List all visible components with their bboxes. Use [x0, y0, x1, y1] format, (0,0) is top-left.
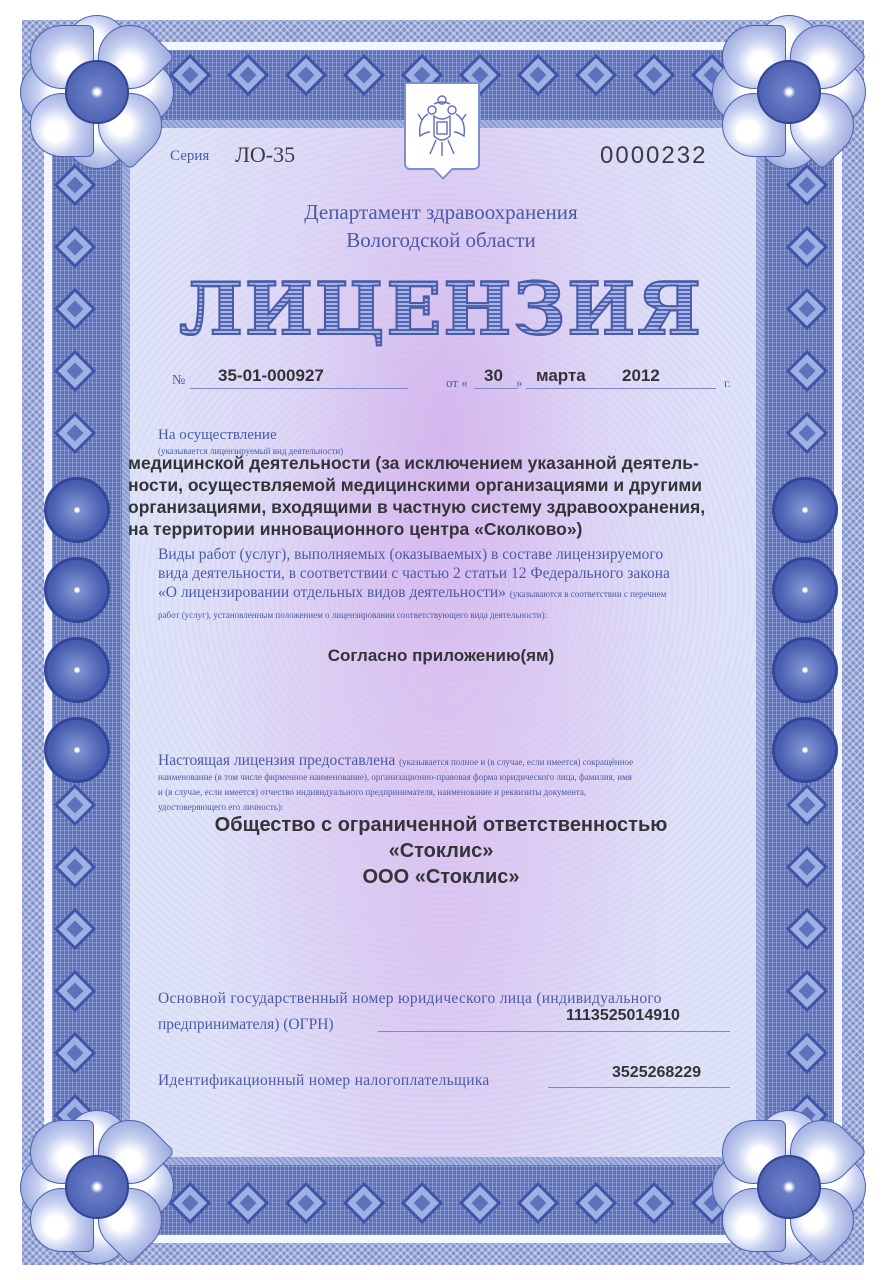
- granted-hint: и (в случае, если имеется) отчество инди…: [158, 785, 728, 800]
- granted-hint: (указывается полное и (в случае, если им…: [399, 757, 633, 767]
- acanthus-corner-rosette-icon: [20, 15, 170, 165]
- double-headed-eagle-icon: [414, 90, 470, 164]
- activity-line: ности, осуществляемой медицинскими орган…: [128, 474, 768, 496]
- ogrn-underline: [378, 1031, 730, 1032]
- activity-text: медицинской деятельности (за исключением…: [128, 452, 768, 540]
- medallion-ornament-icon: [772, 717, 838, 783]
- rosette-core-icon: [757, 1155, 821, 1219]
- ogrn-label-line1: Основной государственный номер юридическ…: [158, 990, 662, 1008]
- acanthus-corner-rosette-icon: [712, 15, 862, 165]
- works-line: вида деятельности, в соответствии с част…: [158, 564, 670, 583]
- activity-line: на территории инновационного центра «Ско…: [128, 518, 768, 540]
- issuer-line-1: Департамент здравоохранения: [0, 200, 882, 225]
- grantee-name: Общество с ограниченной ответственностью…: [0, 812, 882, 890]
- granted-hint: наименование (в том числе фирменное наим…: [158, 770, 728, 785]
- works-label: Виды работ (услуг), выполняемых (оказыва…: [158, 545, 670, 625]
- rosette-core-icon: [65, 1155, 129, 1219]
- works-hint: (указываются в соответствии с перечнем: [510, 589, 666, 599]
- acanthus-corner-rosette-icon: [20, 1110, 170, 1260]
- works-line: «О лицензировании отдельных видов деятел…: [158, 584, 506, 601]
- works-value: Согласно приложению(ям): [0, 646, 882, 666]
- date-day: 30: [484, 366, 503, 386]
- activity-label: На осуществление: [158, 427, 277, 444]
- month-underline: [526, 388, 666, 389]
- series-label: Серия: [170, 148, 209, 165]
- issuer-line-2: Вологодской области: [0, 228, 882, 253]
- date-suffix: г.: [724, 376, 731, 391]
- rosette-core-icon: [65, 60, 129, 124]
- granted-label: Настоящая лицензия предоставлена: [158, 752, 395, 769]
- activity-line: медицинской деятельности (за исключением…: [128, 452, 768, 474]
- license-number: 35-01-000927: [218, 366, 324, 386]
- inn-value: 3525268229: [612, 1064, 701, 1082]
- inn-label: Идентификационный номер налогоплательщик…: [158, 1072, 490, 1090]
- grantee-short-name: ООО «Стоклис»: [0, 864, 882, 890]
- medallion-ornament-icon: [772, 557, 838, 623]
- rosette-core-icon: [757, 60, 821, 124]
- medallion-ornament-icon: [44, 557, 110, 623]
- number-prefix: №: [172, 373, 185, 389]
- medallion-ornament-icon: [44, 477, 110, 543]
- number-underline: [190, 388, 408, 389]
- day-underline: [474, 388, 518, 389]
- grantee-brand: «Стоклис»: [0, 838, 882, 864]
- acanthus-corner-rosette-icon: [712, 1110, 862, 1260]
- date-sep: »: [516, 375, 523, 391]
- granted-label-block: Настоящая лицензия предоставлена (указыв…: [158, 752, 728, 815]
- medallion-ornament-icon: [772, 477, 838, 543]
- medallion-ornament-icon: [44, 717, 110, 783]
- works-line: Виды работ (услуг), выполняемых (оказыва…: [158, 545, 670, 564]
- date-prefix: от «: [446, 375, 468, 391]
- coat-of-arms-shield: [404, 82, 480, 170]
- grantee-full-name: Общество с ограниченной ответственностью: [0, 812, 882, 838]
- activity-line: организациями, входящими в частную систе…: [128, 496, 768, 518]
- inn-underline: [548, 1087, 730, 1088]
- year-underline: [666, 388, 716, 389]
- date-month: марта: [536, 366, 586, 386]
- works-hint: работ (услуг), установленным положением …: [158, 606, 670, 625]
- ogrn-value: 1113525014910: [566, 1007, 680, 1025]
- document-title: ЛИЦЕНЗИЯ: [0, 266, 882, 351]
- blank-serial-number: 0000232: [600, 142, 707, 170]
- series-value: ЛО-35: [235, 142, 295, 168]
- date-year: 2012: [622, 366, 660, 386]
- ogrn-label-line2: предпринимателя) (ОГРН): [158, 1016, 334, 1034]
